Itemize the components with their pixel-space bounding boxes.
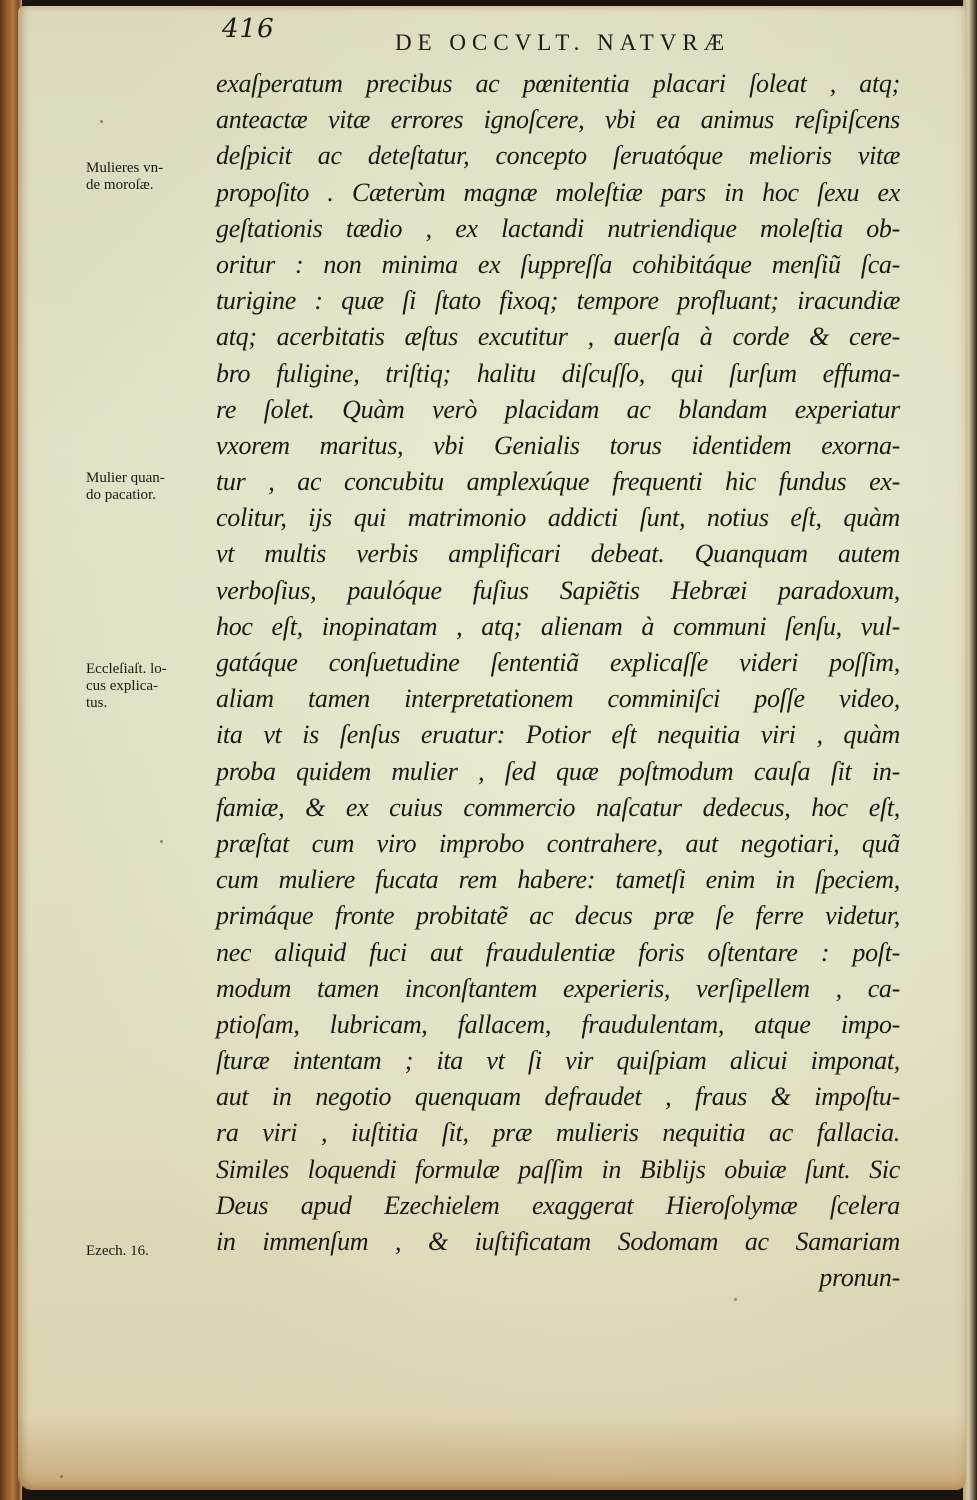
text-line: exaſperatum precibus ac pœnitentia placa… [216,66,900,102]
ink-speck [100,120,103,123]
text-line: colitur, ijs qui matrimonio addicti ſunt… [216,500,900,536]
text-line: ita vt is ſenſus eruatur: Potior eſt neq… [216,717,900,753]
text-line: in immenſum , & iuſtificatam Sodomam ac … [216,1224,900,1260]
margin-note-line: Eccleſiaſt. lo- [86,661,206,678]
text-line: præſtat cum viro improbo contrahere, aut… [216,826,900,862]
margin-note: Ezech. 16. [86,1243,206,1260]
text-line: ptioſam, lubricam, fallacem, fraudulenta… [216,1007,900,1043]
text-line: turigine : quæ ſi ſtato fixoq; tempore p… [216,283,900,319]
text-line: Deus apud Ezechielem exaggerat Hieroſoly… [216,1188,900,1224]
margin-note-line: Mulier quan- [86,470,206,487]
text-line: bro fuligine, triſtiq; halitu diſcuſſo, … [216,356,900,392]
ink-speck [734,1298,737,1301]
margin-note: Mulieres vn- de moroſæ. [86,160,206,194]
margin-note-line: de moroſæ. [86,177,206,194]
text-line: cum muliere fucata rem habere: tametſi e… [216,862,900,898]
text-line: hoc eſt, inopinatam , atq; alienam à com… [216,609,900,645]
margin-note-line: Mulieres vn- [86,160,206,177]
text-line: ſturæ intentam ; ita vt ſi vir quiſpiam … [216,1043,900,1079]
running-head: DE OCCVLT. NATVRÆ [395,30,730,56]
text-line: aliam tamen interpretationem comminiſci … [216,681,900,717]
margin-note-line: do pacatior. [86,487,206,504]
text-line: deſpicit ac deteſtatur, concepto ſeruató… [216,138,900,174]
ink-speck [160,840,163,843]
text-line: famiæ, & ex cuius commercio naſcatur ded… [216,790,900,826]
text-line: geſtationis tædio , ex lactandi nutriend… [216,211,900,247]
margin-note: Eccleſiaſt. lo- cus explica- tus. [86,661,206,712]
text-line: re ſolet. Quàm verò placidam ac blandam … [216,392,900,428]
text-line: atq; acerbitatis æſtus excutitur , auerſ… [216,319,900,355]
text-line: vxorem maritus, vbi Genialis torus ident… [216,428,900,464]
text-line: verboſius, paulóque fuſius Sapiẽtis Hebr… [216,573,900,609]
text-line: aut in negotio quenquam defraudet , frau… [216,1079,900,1115]
text-line: gatáque conſuetudine ſententiã explicaſſ… [216,645,900,681]
text-line: oritur : non minima ex ſuppreſſa cohibit… [216,247,900,283]
text-line: proba quidem mulier , ſed quæ poſtmodum … [216,754,900,790]
text-line: propoſito . Cæterùm magnæ moleſtiæ pars … [216,175,900,211]
text-line: tur , ac concubitu amplexúque frequenti … [216,464,900,500]
text-line: Similes loquendi formulæ paſſim in Bibli… [216,1152,900,1188]
margin-note-line: tus. [86,695,206,712]
text-line: modum tamen inconſtantem experieris, ver… [216,971,900,1007]
text-line: ra viri , iuſtitia ſit, præ mulieris neq… [216,1115,900,1151]
text-line: nec aliquid fuci aut fraudulentiæ foris … [216,935,900,971]
text-line: anteactæ vitæ errores ignoſcere, vbi ea … [216,102,900,138]
margin-note-line: Ezech. 16. [86,1243,206,1260]
text-line: vt multis verbis amplificari debeat. Qua… [216,536,900,572]
page-number: 416 [222,14,275,44]
text-line: primáque fronte probitatẽ ac decus præ ſ… [216,898,900,934]
margin-note-line: cus explica- [86,678,206,695]
scanned-book-page: 416 DE OCCVLT. NATVRÆ exaſperatum precib… [0,0,977,1500]
catchword: pronun- [216,1260,900,1296]
body-text: exaſperatum precibus ac pœnitentia placa… [216,66,900,1296]
ink-speck [60,1475,63,1478]
margin-note: Mulier quan- do pacatior. [86,470,206,504]
